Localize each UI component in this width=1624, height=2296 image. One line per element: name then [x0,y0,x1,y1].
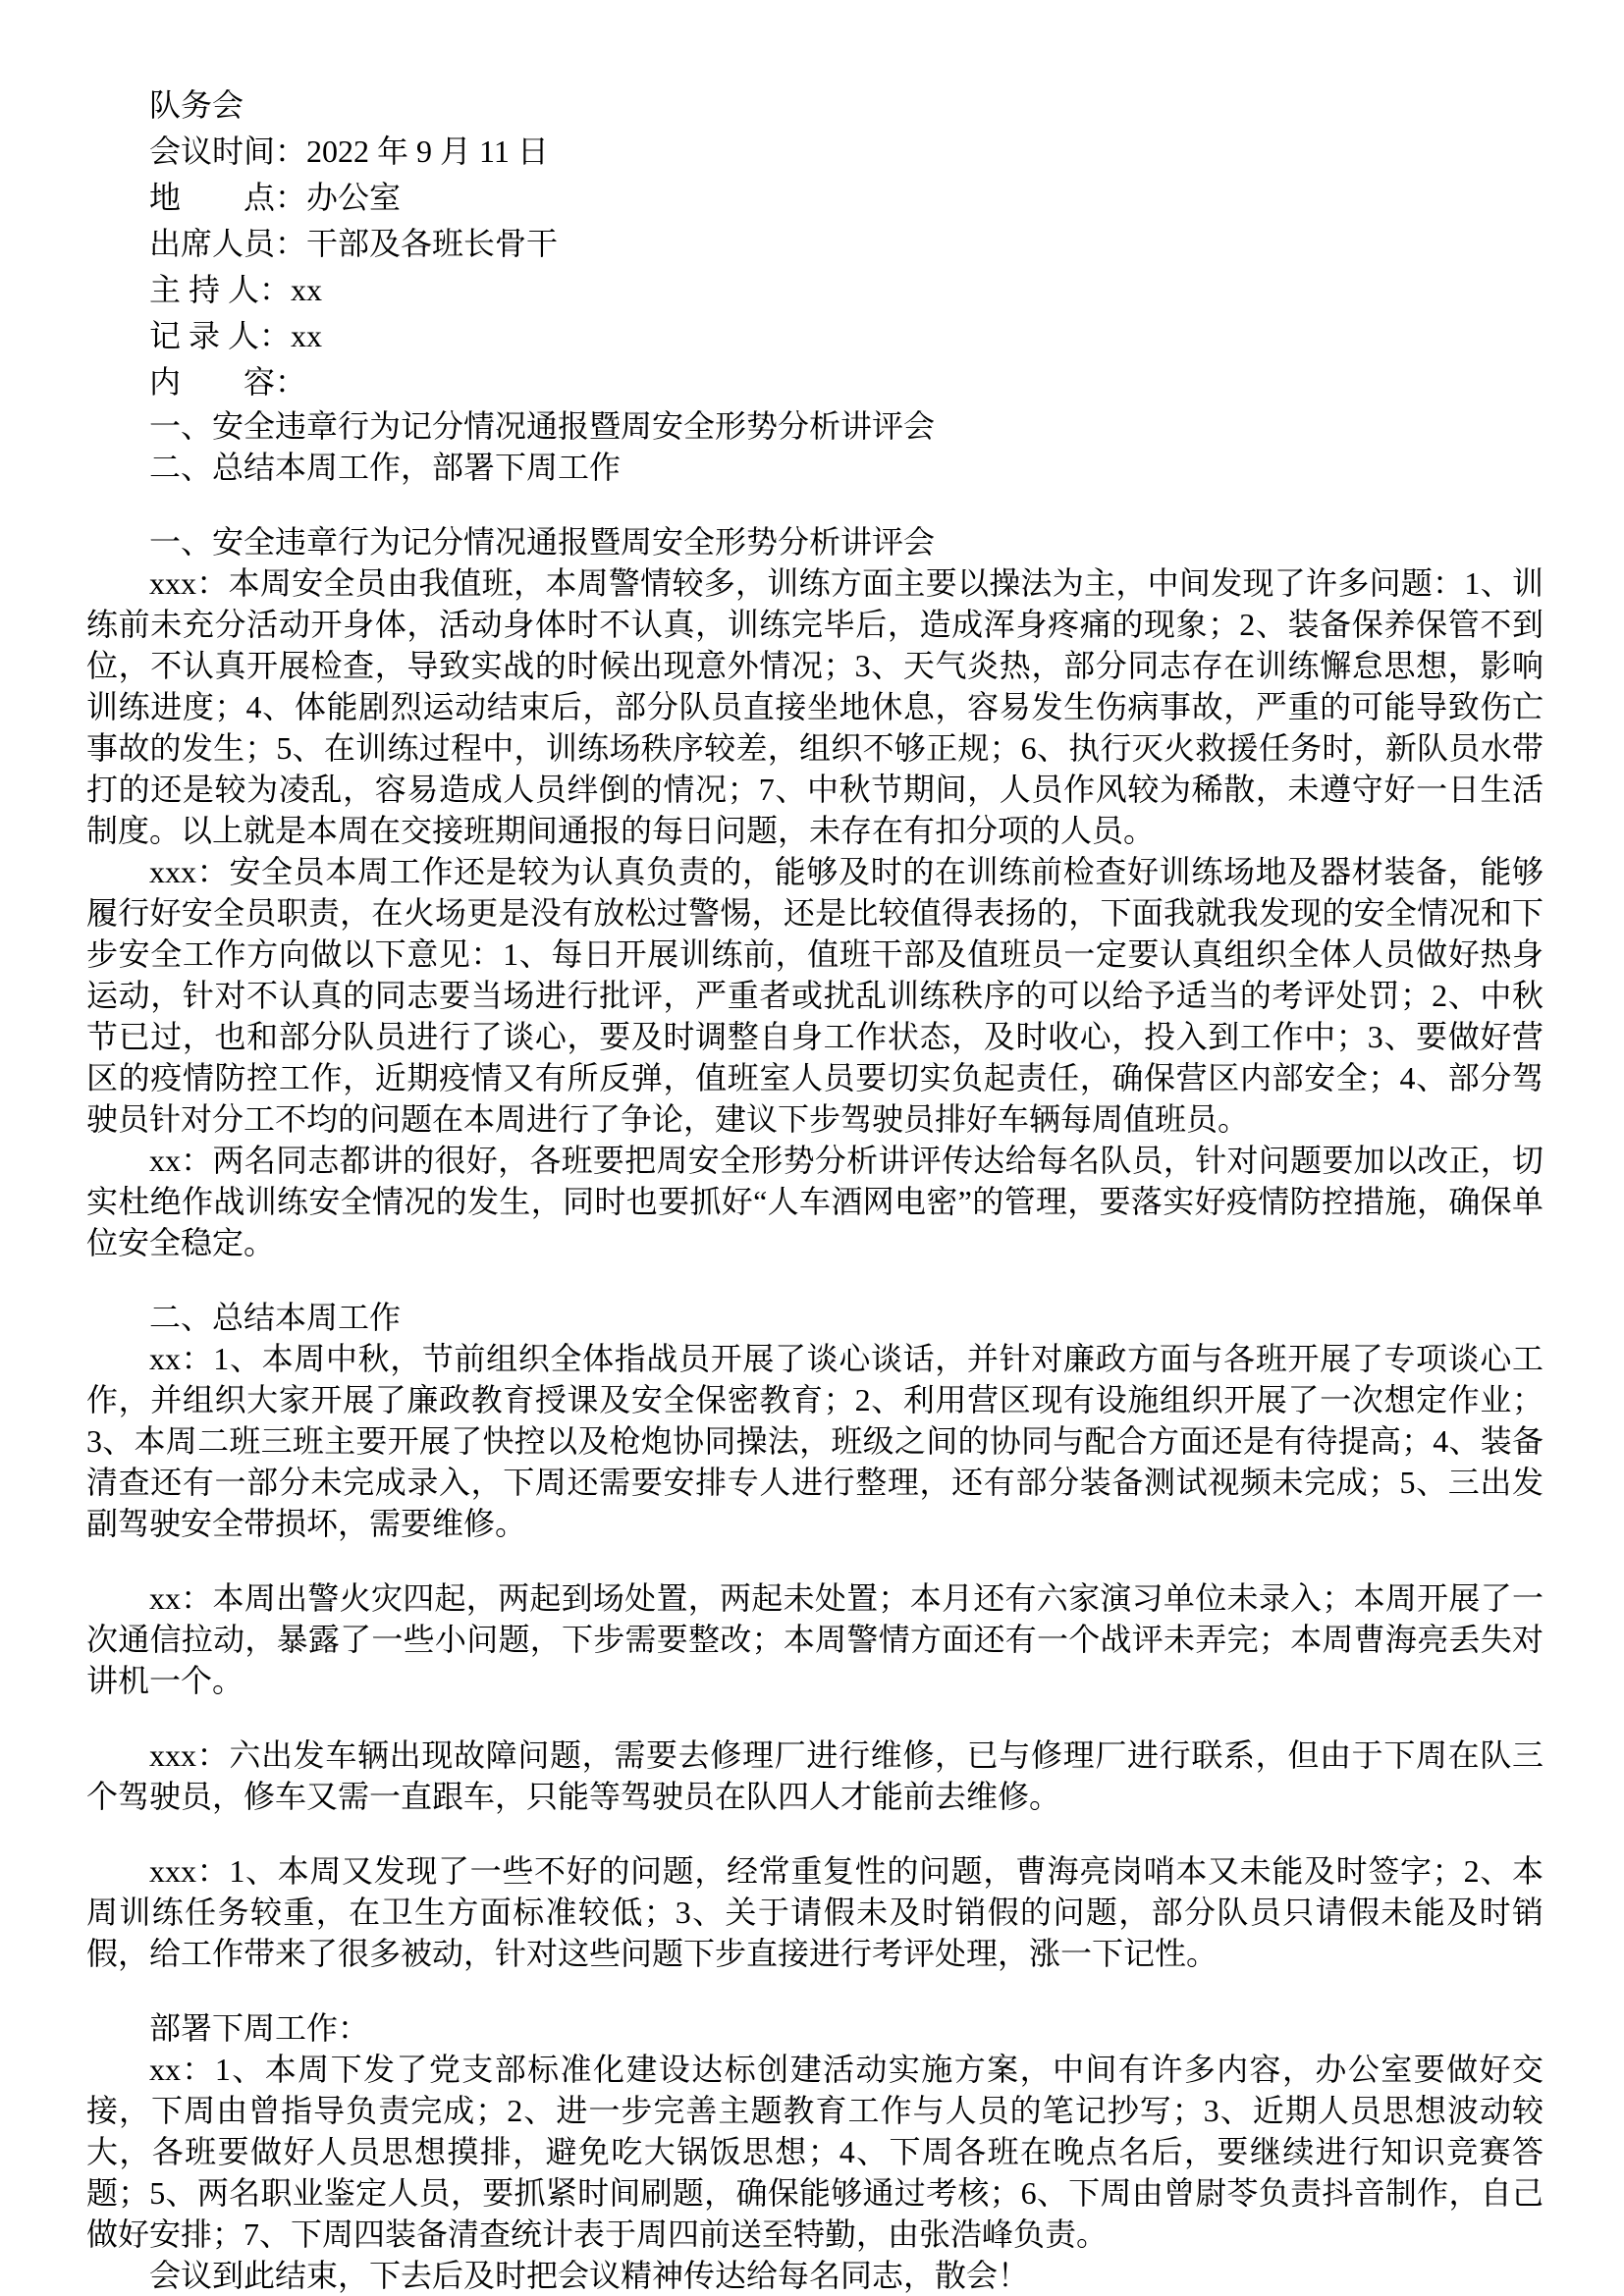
section2-para-1: xx：1、本周中秋，节前组织全体指战员开展了谈心谈话，并针对廉政方面与各班开展了… [86,1338,1543,1544]
agenda-item-2: 二、总结本周工作，部署下周工作 [86,447,1543,488]
document-page: 队务会 会议时间：2022 年 9 月 11 日 地 点：办公室 出席人员：干部… [0,0,1624,2296]
meta-line-time: 会议时间：2022 年 9 月 11 日 [86,129,1543,175]
blank-line [86,1263,1543,1297]
blank-line [86,1544,1543,1577]
deployment-para: xx：1、本周下发了党支部标准化建设达标创建活动实施方案，中间有许多内容，办公室… [86,2049,1543,2255]
section1-para-3: xx：两名同志都讲的很好，各班要把周安全形势分析讲评传达给每名队员，针对问题要加… [86,1140,1543,1263]
section1-heading: 一、安全违章行为记分情况通报暨周安全形势分析讲评会 [86,521,1543,562]
blank-line [86,1701,1543,1735]
blank-line [86,1817,1543,1850]
meta-line-host: 主 持 人：xx [86,267,1543,313]
section1-para-1: xxx：本周安全员由我值班，本周警情较多，训练方面主要以操法为主，中间发现了许多… [86,562,1543,851]
blank-line [86,1974,1543,2007]
meta-line-place: 地 点：办公室 [86,175,1543,221]
section2-para-3: xxx：六出发车辆出现故障问题，需要去修理厂进行维修，已与修理厂进行联系，但由于… [86,1735,1543,1817]
deployment-heading: 部署下周工作： [86,2007,1543,2049]
closing-line: 会议到此结束，下去后及时把会议精神传达给每名同志，散会！ [86,2255,1543,2296]
meta-line-recorder: 记 录 人：xx [86,313,1543,359]
section2-para-2: xx：本周出警火灾四起，两起到场处置，两起未处置；本月还有六家演习单位未录入；本… [86,1577,1543,1701]
section1-para-2: xxx：安全员本周工作还是较为认真负责的，能够及时的在训练前检查好训练场地及器材… [86,851,1543,1140]
section2-heading: 二、总结本周工作 [86,1297,1543,1338]
section2-para-4: xxx：1、本周又发现了一些不好的问题，经常重复性的问题，曹海亮岗哨本又未能及时… [86,1850,1543,1974]
doc-title: 队务会 [86,82,1543,129]
meta-line-content-label: 内 容： [86,359,1543,405]
blank-line [86,488,1543,521]
agenda-item-1: 一、安全违章行为记分情况通报暨周安全形势分析讲评会 [86,405,1543,447]
meta-line-attendees: 出席人员：干部及各班长骨干 [86,221,1543,267]
